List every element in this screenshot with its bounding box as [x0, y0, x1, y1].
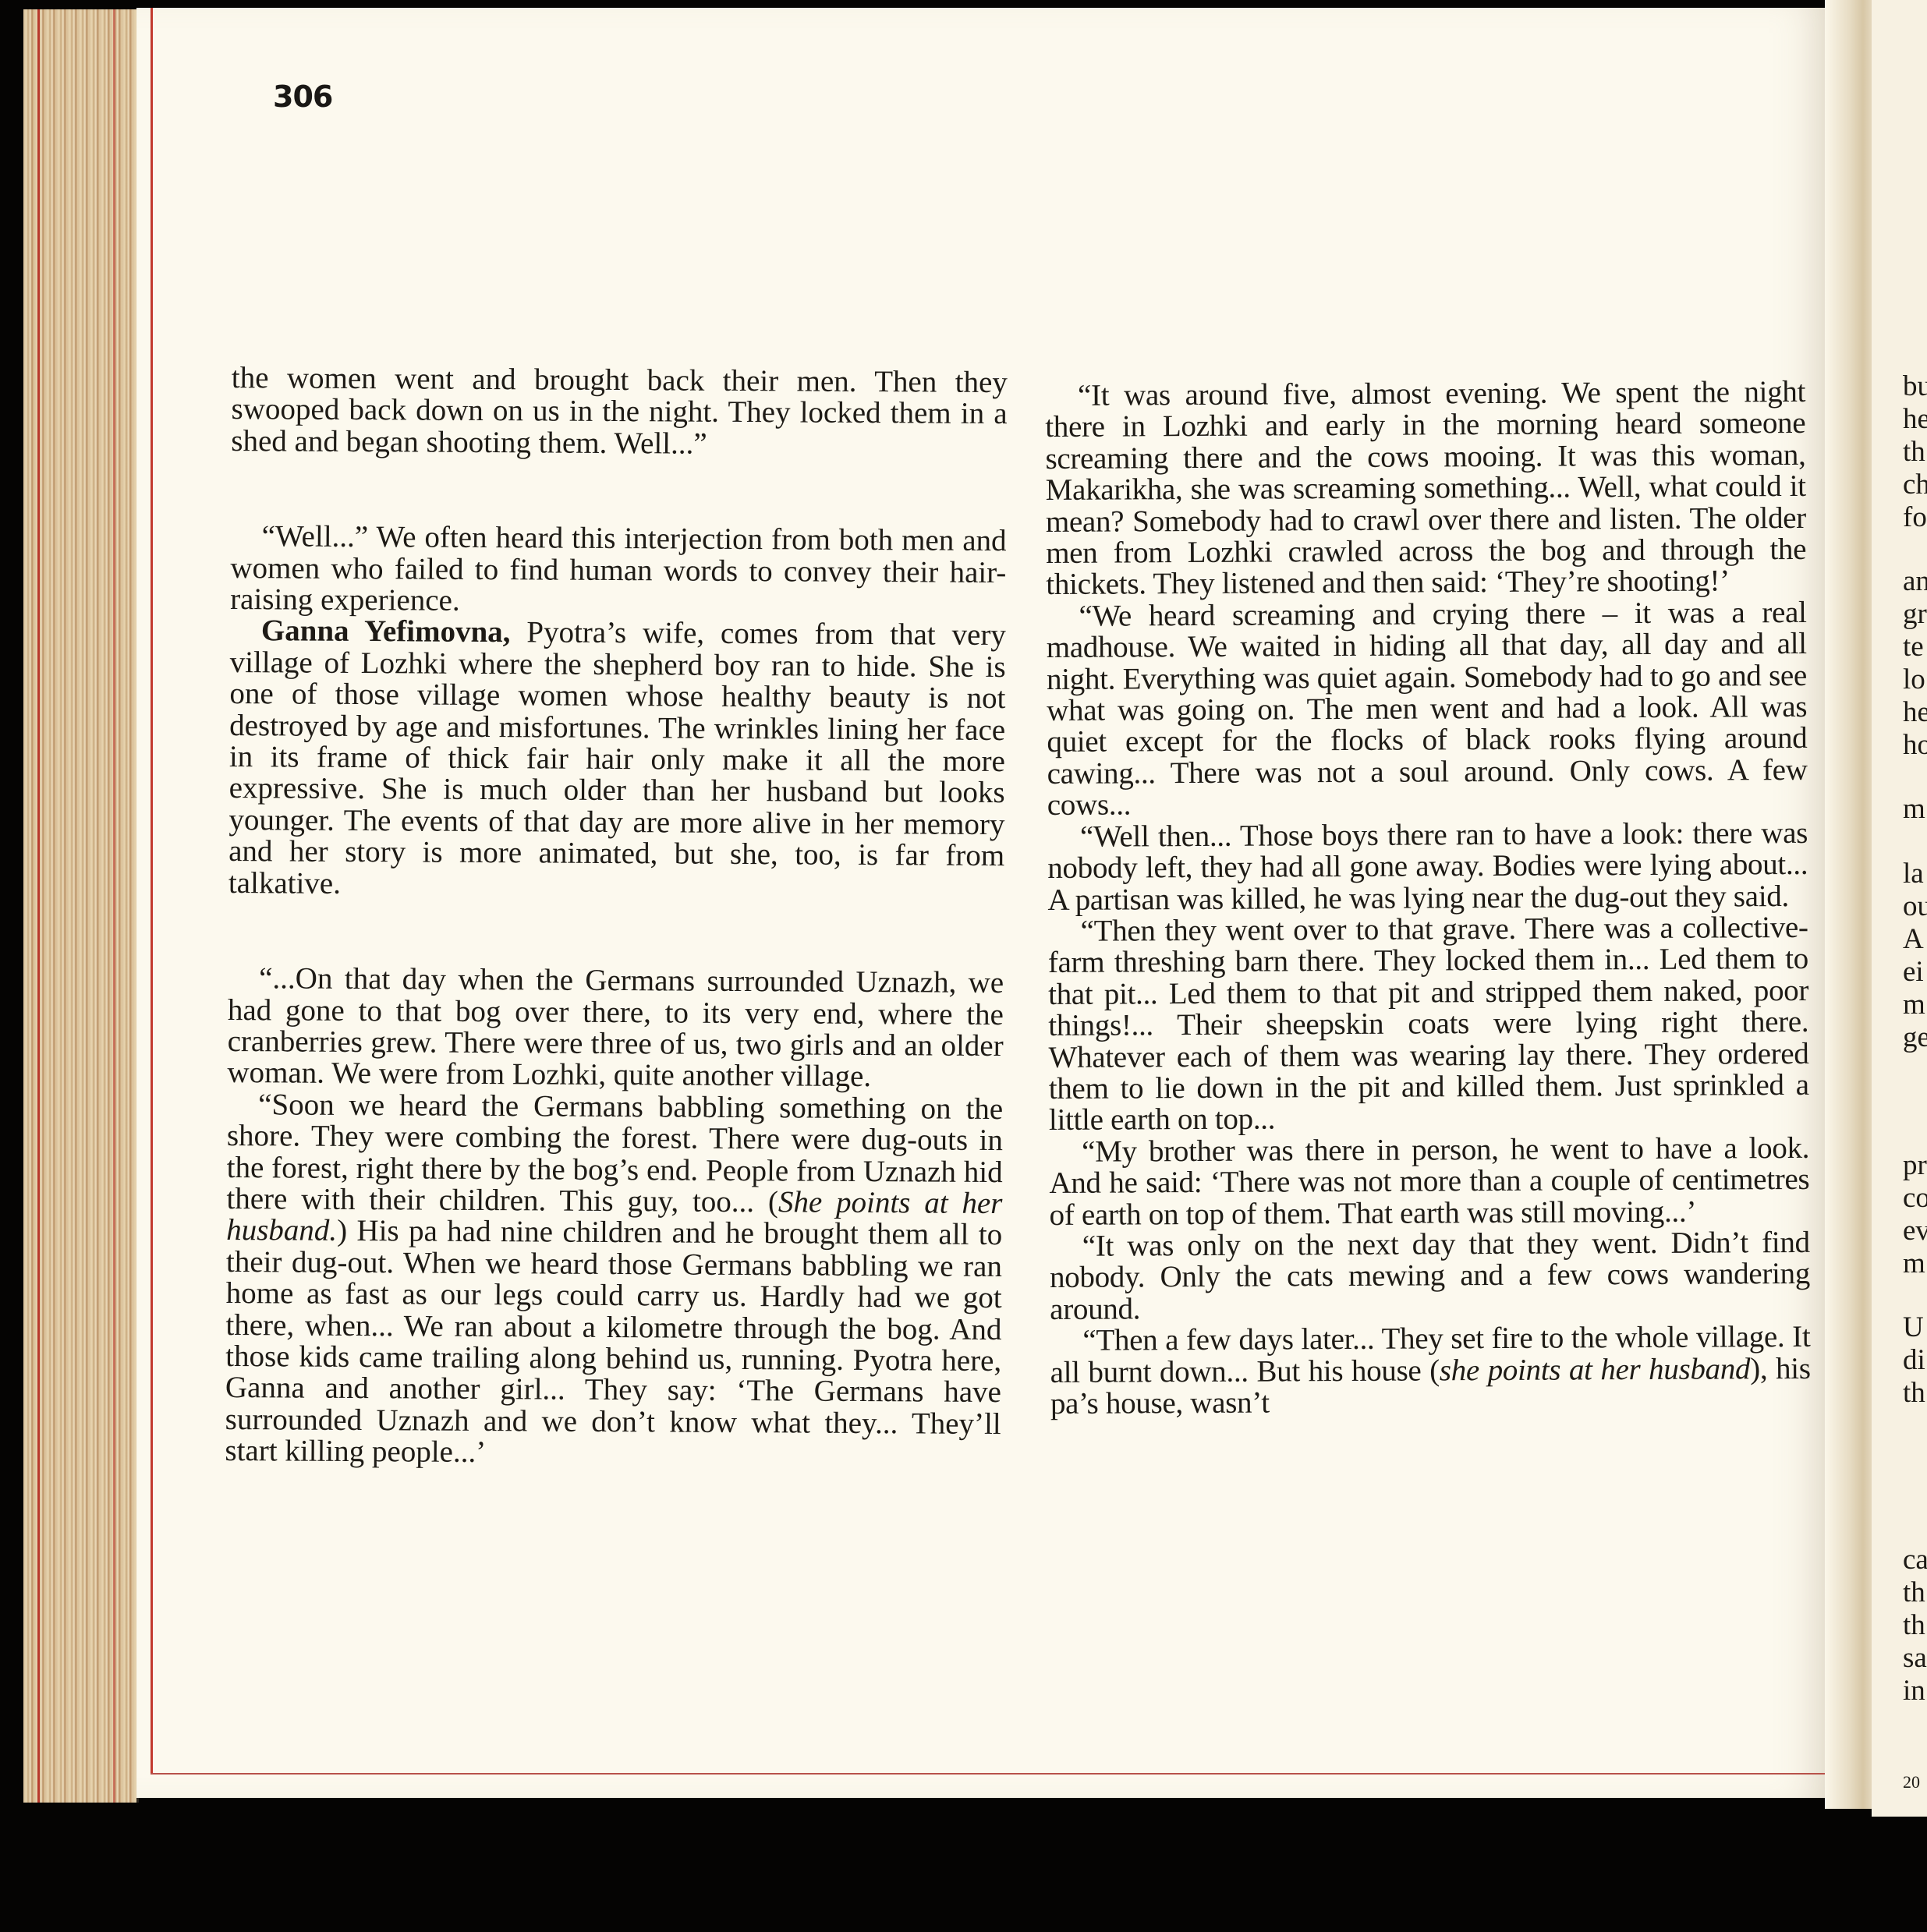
facing-page-line-fragment: fo — [1903, 501, 1927, 534]
paragraph: “Then a few days later... They set fire … — [1050, 1322, 1811, 1420]
paragraph: “Soon we heard the Germans babbling some… — [225, 1089, 1003, 1472]
paragraph: “It was around five, almost evening. We … — [1045, 377, 1806, 601]
facing-page-line-fragment: th — [1903, 1576, 1925, 1609]
facing-page-line-fragment: m — [1903, 989, 1925, 1021]
facing-page-line-fragment: ho — [1903, 729, 1927, 762]
facing-page-line-fragment: he — [1903, 403, 1927, 436]
paragraph: “Well...” We often heard this interjecti… — [230, 521, 1007, 620]
facing-page-line-fragment: ou — [1903, 890, 1927, 923]
facing-page-line-fragment: bu — [1903, 370, 1927, 403]
stage-direction: she points at her husband — [1440, 1352, 1751, 1387]
facing-page-line-fragment: m — [1903, 793, 1925, 826]
facing-page-line-fragment: sa — [1903, 1642, 1927, 1675]
paragraph: the women went and brought back their me… — [231, 363, 1008, 462]
facing-page-line-fragment: ei — [1903, 956, 1924, 989]
page-number: 306 — [273, 80, 332, 114]
page-edge-red-line — [113, 9, 115, 1803]
facing-page-line-fragment: pr — [1903, 1149, 1927, 1182]
right-text-column: “It was around five, almost evening. We … — [1045, 377, 1811, 1420]
paragraph: Ganna Yefimovna, Pyotra’s wife, comes fr… — [228, 615, 1006, 904]
facing-page-line-fragment: te — [1903, 631, 1924, 663]
page-border-left — [151, 8, 153, 1775]
facing-page-line-fragment: th — [1903, 1609, 1925, 1642]
speaker-name: Ganna Yefimovna, — [261, 614, 511, 649]
facing-page-fragment: buhethchfoangrtelohehomlaouAeimgeprcoevm… — [1872, 0, 1927, 1817]
facing-page-line-fragment: U — [1903, 1311, 1924, 1344]
facing-page-line-fragment: ge — [1903, 1021, 1927, 1054]
facing-page-line-fragment: di — [1903, 1344, 1925, 1377]
paragraph: “My brother was there in person, he went… — [1049, 1133, 1810, 1231]
facing-page-line-fragment: in — [1903, 1675, 1925, 1707]
facing-page-line-fragment: ev — [1903, 1215, 1927, 1247]
facing-page-line-fragment: an — [1903, 565, 1927, 598]
paragraph: “It was only on the next day that they w… — [1050, 1227, 1811, 1325]
facing-page-line-fragment: m — [1903, 1247, 1925, 1280]
facing-page-line-fragment: lo — [1903, 663, 1925, 696]
facing-page-line-fragment: co — [1903, 1182, 1927, 1215]
facing-page-line-fragment: ch — [1903, 469, 1927, 501]
page-border-bottom — [151, 1773, 1840, 1775]
left-text-column: the women went and brought back their me… — [225, 363, 1008, 1472]
paragraph: “Then they went over to that grave. Ther… — [1048, 912, 1809, 1137]
facing-page-line-fragment: he — [1903, 696, 1927, 729]
book-page-edges — [23, 9, 139, 1803]
facing-page-line-fragment: th — [1903, 1377, 1925, 1410]
facing-page-line-fragment: A — [1903, 923, 1924, 956]
facing-page-number: 20 — [1903, 1766, 1920, 1799]
paragraph: “Well then... Those boys there ran to ha… — [1047, 818, 1808, 916]
paragraph: “...On that day when the Germans surroun… — [227, 963, 1004, 1094]
facing-page-line-fragment: th — [1903, 436, 1925, 469]
page-edge-red-line — [37, 9, 40, 1803]
facing-page-line-fragment: gr — [1903, 598, 1927, 631]
facing-page-line-fragment: la — [1903, 858, 1924, 890]
facing-page-line-fragment: ca — [1903, 1544, 1927, 1576]
paragraph: “We heard screaming and crying there – i… — [1046, 597, 1807, 822]
